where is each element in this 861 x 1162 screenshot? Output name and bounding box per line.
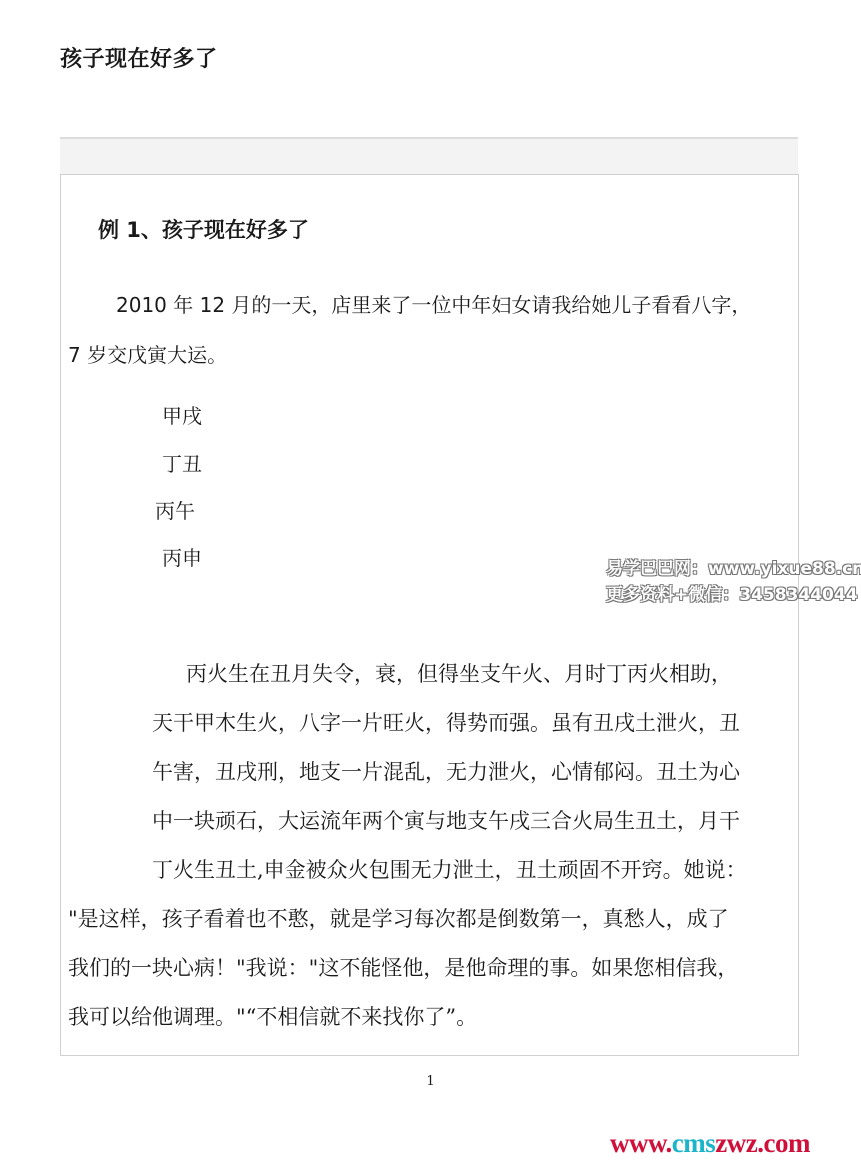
analysis-paragraph: 丙火生在丑月失令，衰，但得坐支午火、月时丁丙火相助， 天干甲木生火，八字一片旺火… bbox=[68, 650, 798, 1042]
page-number: 1 bbox=[0, 1074, 861, 1089]
intro-line-1: 2010 年 12 月的一天，店里来了一位中年妇女请我给她儿子看看八字， bbox=[68, 280, 798, 330]
analysis-line: 我可以给他调理。"“不相信就不来找你了”。 bbox=[68, 993, 798, 1042]
bazi-month-pillar: 丁丑 bbox=[162, 448, 202, 477]
analysis-line: 中一块顽石，大运流年两个寅与地支午戌三合火局生丑土，月干 bbox=[68, 797, 798, 846]
analysis-line: 天干甲木生火，八字一片旺火，得势而强。虽有丑戌土泄火，丑 bbox=[68, 699, 798, 748]
site-logo: www.cmszwz.com bbox=[610, 1128, 810, 1159]
bazi-day-pillar: 丙午 bbox=[155, 495, 195, 524]
watermark: 易学巴巴网：www.yixue88.cn 更多资料+微信：3458344044 bbox=[606, 556, 861, 608]
example-heading: 例 1、孩子现在好多了 bbox=[98, 214, 309, 244]
bazi-year-pillar: 甲戌 bbox=[162, 400, 202, 429]
intro-line-2: 7 岁交戊寅大运。 bbox=[68, 330, 798, 380]
watermark-line-2: 更多资料+微信：3458344044 bbox=[606, 582, 861, 608]
analysis-line: 丁火生丑土,申金被众火包围无力泄土，丑土顽固不开窍。她说： bbox=[68, 846, 798, 895]
analysis-line: "是这样，孩子看着也不憨，就是学习每次都是倒数第一，真愁人，成了 bbox=[68, 895, 798, 944]
bazi-hour-pillar: 丙申 bbox=[162, 542, 202, 571]
intro-paragraph: 2010 年 12 月的一天，店里来了一位中年妇女请我给她儿子看看八字， 7 岁… bbox=[68, 280, 798, 380]
analysis-line: 丙火生在丑月失令，衰，但得坐支午火、月时丁丙火相助， bbox=[68, 650, 798, 699]
analysis-line: 我们的一块心病！"我说："这不能怪他，是他命理的事。如果您相信我， bbox=[68, 944, 798, 993]
watermark-line-1: 易学巴巴网：www.yixue88.cn bbox=[606, 556, 861, 582]
analysis-line: 午害，丑戌刑，地支一片混乱，无力泄火，心情郁闷。丑土为心 bbox=[68, 748, 798, 797]
page-title: 孩子现在好多了 bbox=[60, 42, 218, 73]
header-bar bbox=[60, 137, 798, 174]
